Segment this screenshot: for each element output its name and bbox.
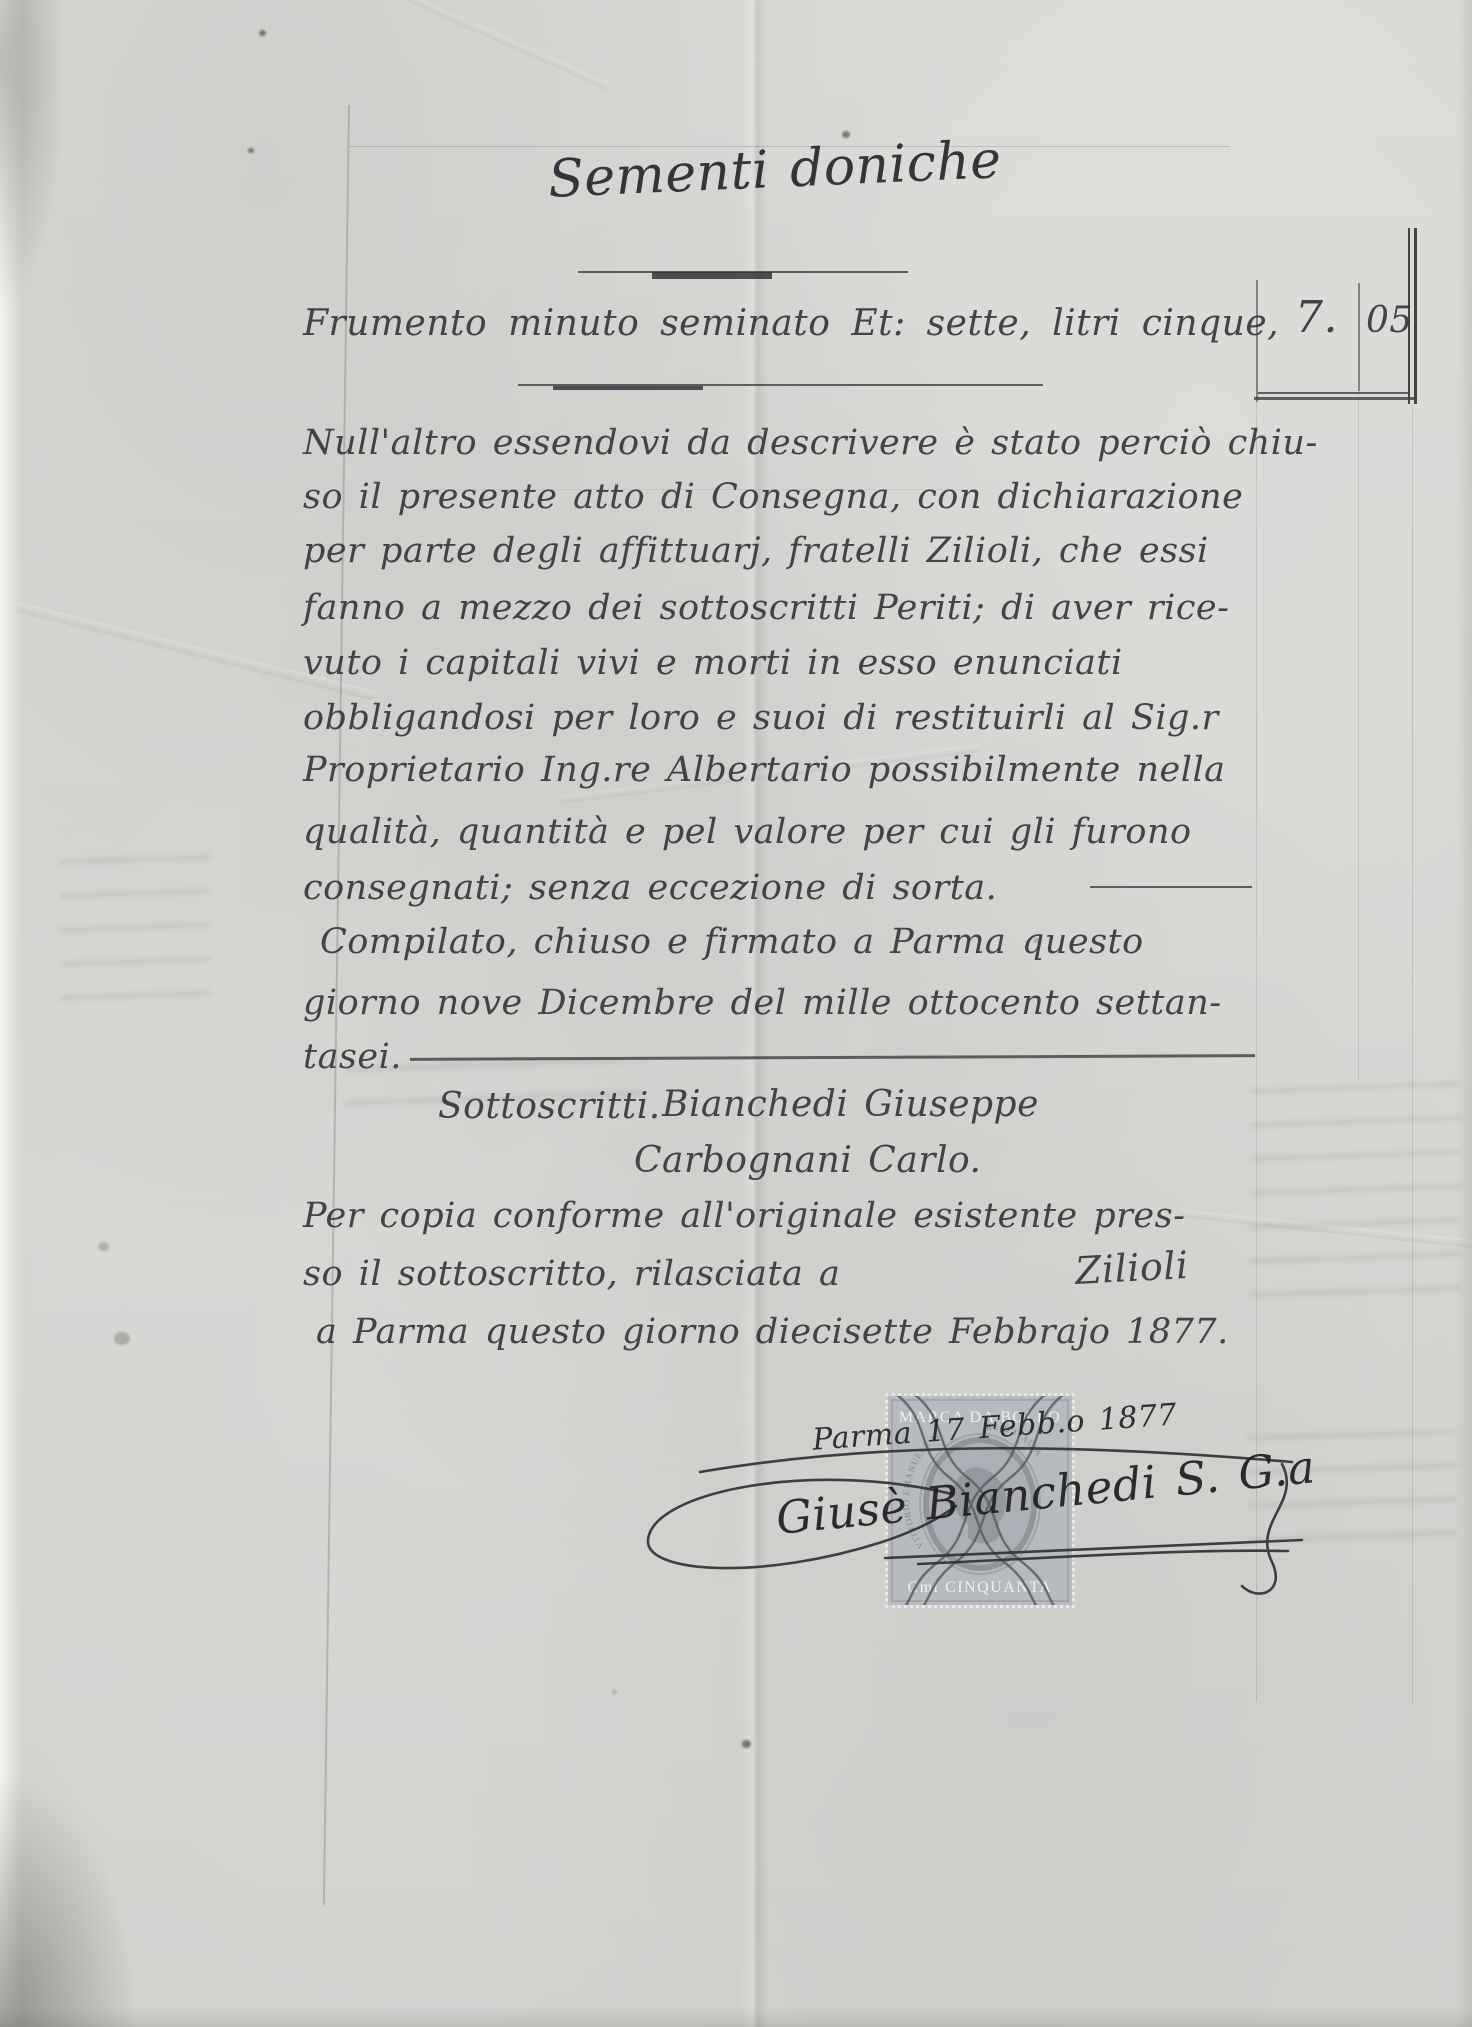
ink-spot bbox=[612, 1690, 617, 1694]
ink-spot bbox=[98, 1242, 109, 1251]
ink-spot bbox=[1034, 938, 1039, 943]
ink-spot bbox=[742, 1740, 751, 1748]
ink-spot bbox=[842, 131, 850, 138]
ink-spot bbox=[259, 30, 266, 36]
ink-spot bbox=[248, 148, 254, 153]
ink-spot bbox=[114, 1332, 130, 1345]
scanned-document-page: Sementi doniche Frumento minuto seminato… bbox=[0, 0, 1472, 2027]
signature-flourish bbox=[0, 0, 1472, 2027]
